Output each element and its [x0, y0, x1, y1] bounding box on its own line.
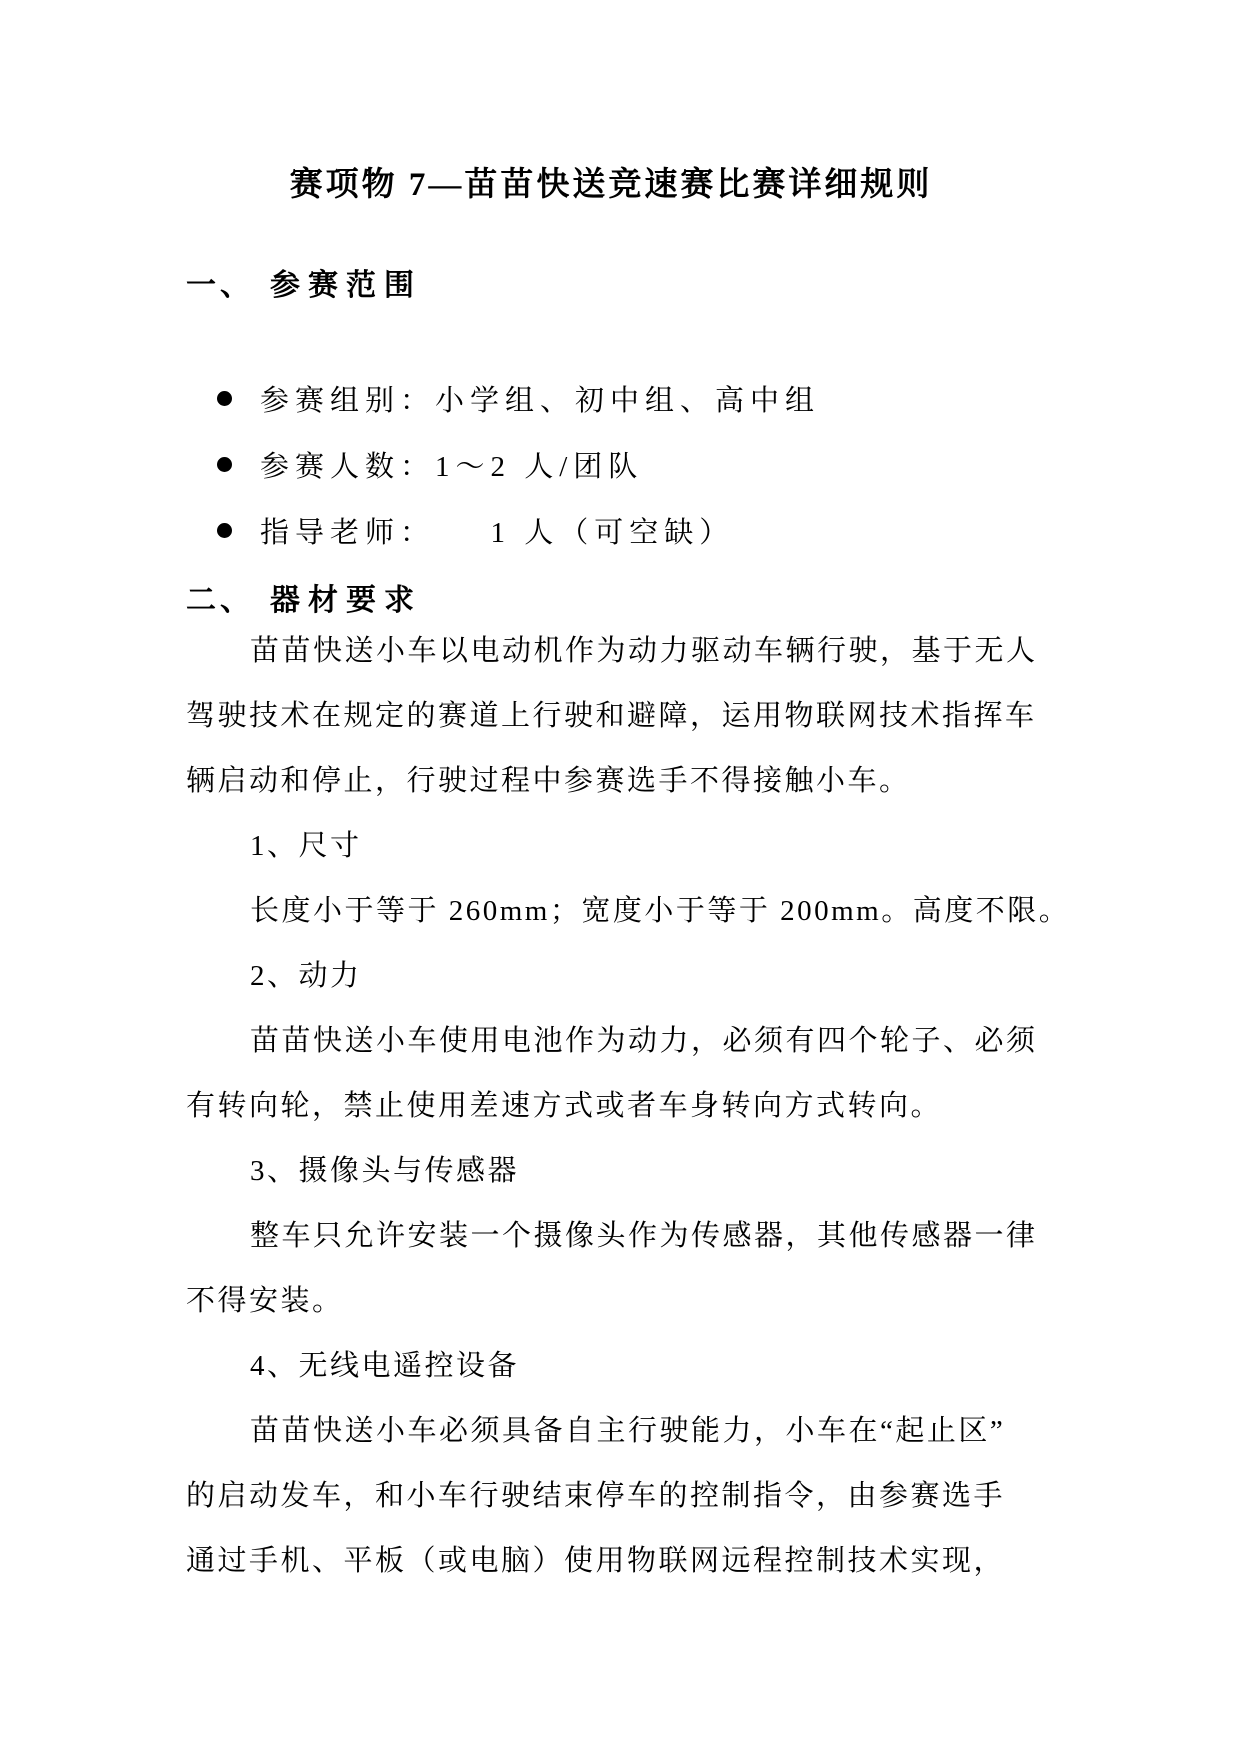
section1-title: 参赛范围 — [270, 269, 422, 302]
body-line: 苗苗快送小车使用电池作为动力，必须有四个轮子、必须 — [186, 1009, 1036, 1074]
body-line: 3、摄像头与传感器 — [186, 1139, 1036, 1204]
bullet-dot-icon — [217, 523, 232, 538]
section1-number: 一、 — [186, 268, 254, 304]
section2-number: 二、 — [186, 583, 254, 619]
bullet-item: 参赛组别：小学组、初中组、高中组 — [186, 365, 1036, 431]
body-line: 长度小于等于 260mm；宽度小于等于 200mm。高度不限。 — [186, 879, 1036, 944]
body-line: 2、动力 — [186, 944, 1036, 1009]
body-line: 1、尺寸 — [186, 814, 1036, 879]
body-line: 不得安装。 — [186, 1269, 1036, 1334]
body-line: 苗苗快送小车必须具备自主行驶能力，小车在“起止区” — [186, 1399, 1036, 1464]
bullet-text: 参赛人数：1～2 人/团队 — [260, 444, 643, 485]
body-line: 辆启动和停止，行驶过程中参赛选手不得接触小车。 — [186, 749, 1036, 814]
body-line: 通过手机、平板（或电脑）使用物联网远程控制技术实现， — [186, 1529, 1036, 1594]
body-line: 有转向轮，禁止使用差速方式或者车身转向方式转向。 — [186, 1074, 1036, 1139]
body-line: 4、无线电遥控设备 — [186, 1334, 1036, 1399]
section2-title: 器材要求 — [270, 584, 422, 617]
body-line: 苗苗快送小车以电动机作为动力驱动车辆行驶，基于无人 — [186, 619, 1036, 684]
bullet-item: 指导老师： 1 人（可空缺） — [186, 497, 1036, 563]
bullet-dot-icon — [217, 457, 232, 472]
bullet-dot-icon — [217, 391, 232, 406]
bullet-text: 指导老师： 1 人（可空缺） — [260, 510, 734, 551]
bullet-list: 参赛组别：小学组、初中组、高中组参赛人数：1～2 人/团队指导老师： 1 人（可… — [186, 365, 1036, 563]
section2-heading: 二、器材要求 — [186, 583, 1036, 619]
body-line: 的启动发车，和小车行驶结束停车的控制指令，由参赛选手 — [186, 1464, 1036, 1529]
section1-heading: 一、参赛范围 — [186, 268, 1036, 304]
body-line: 整车只允许安装一个摄像头作为传感器，其他传感器一律 — [186, 1204, 1036, 1269]
bullet-text: 参赛组别：小学组、初中组、高中组 — [260, 378, 820, 419]
body-line: 驾驶技术在规定的赛道上行驶和避障，运用物联网技术指挥车 — [186, 684, 1036, 749]
document-page: 赛项物 7—苗苗快送竞速赛比赛详细规则 一、参赛范围 参赛组别：小学组、初中组、… — [0, 0, 1241, 1754]
section2-body: 苗苗快送小车以电动机作为动力驱动车辆行驶，基于无人驾驶技术在规定的赛道上行驶和避… — [186, 619, 1036, 1594]
document-title: 赛项物 7—苗苗快送竞速赛比赛详细规则 — [186, 165, 1036, 205]
bullet-item: 参赛人数：1～2 人/团队 — [186, 431, 1036, 497]
